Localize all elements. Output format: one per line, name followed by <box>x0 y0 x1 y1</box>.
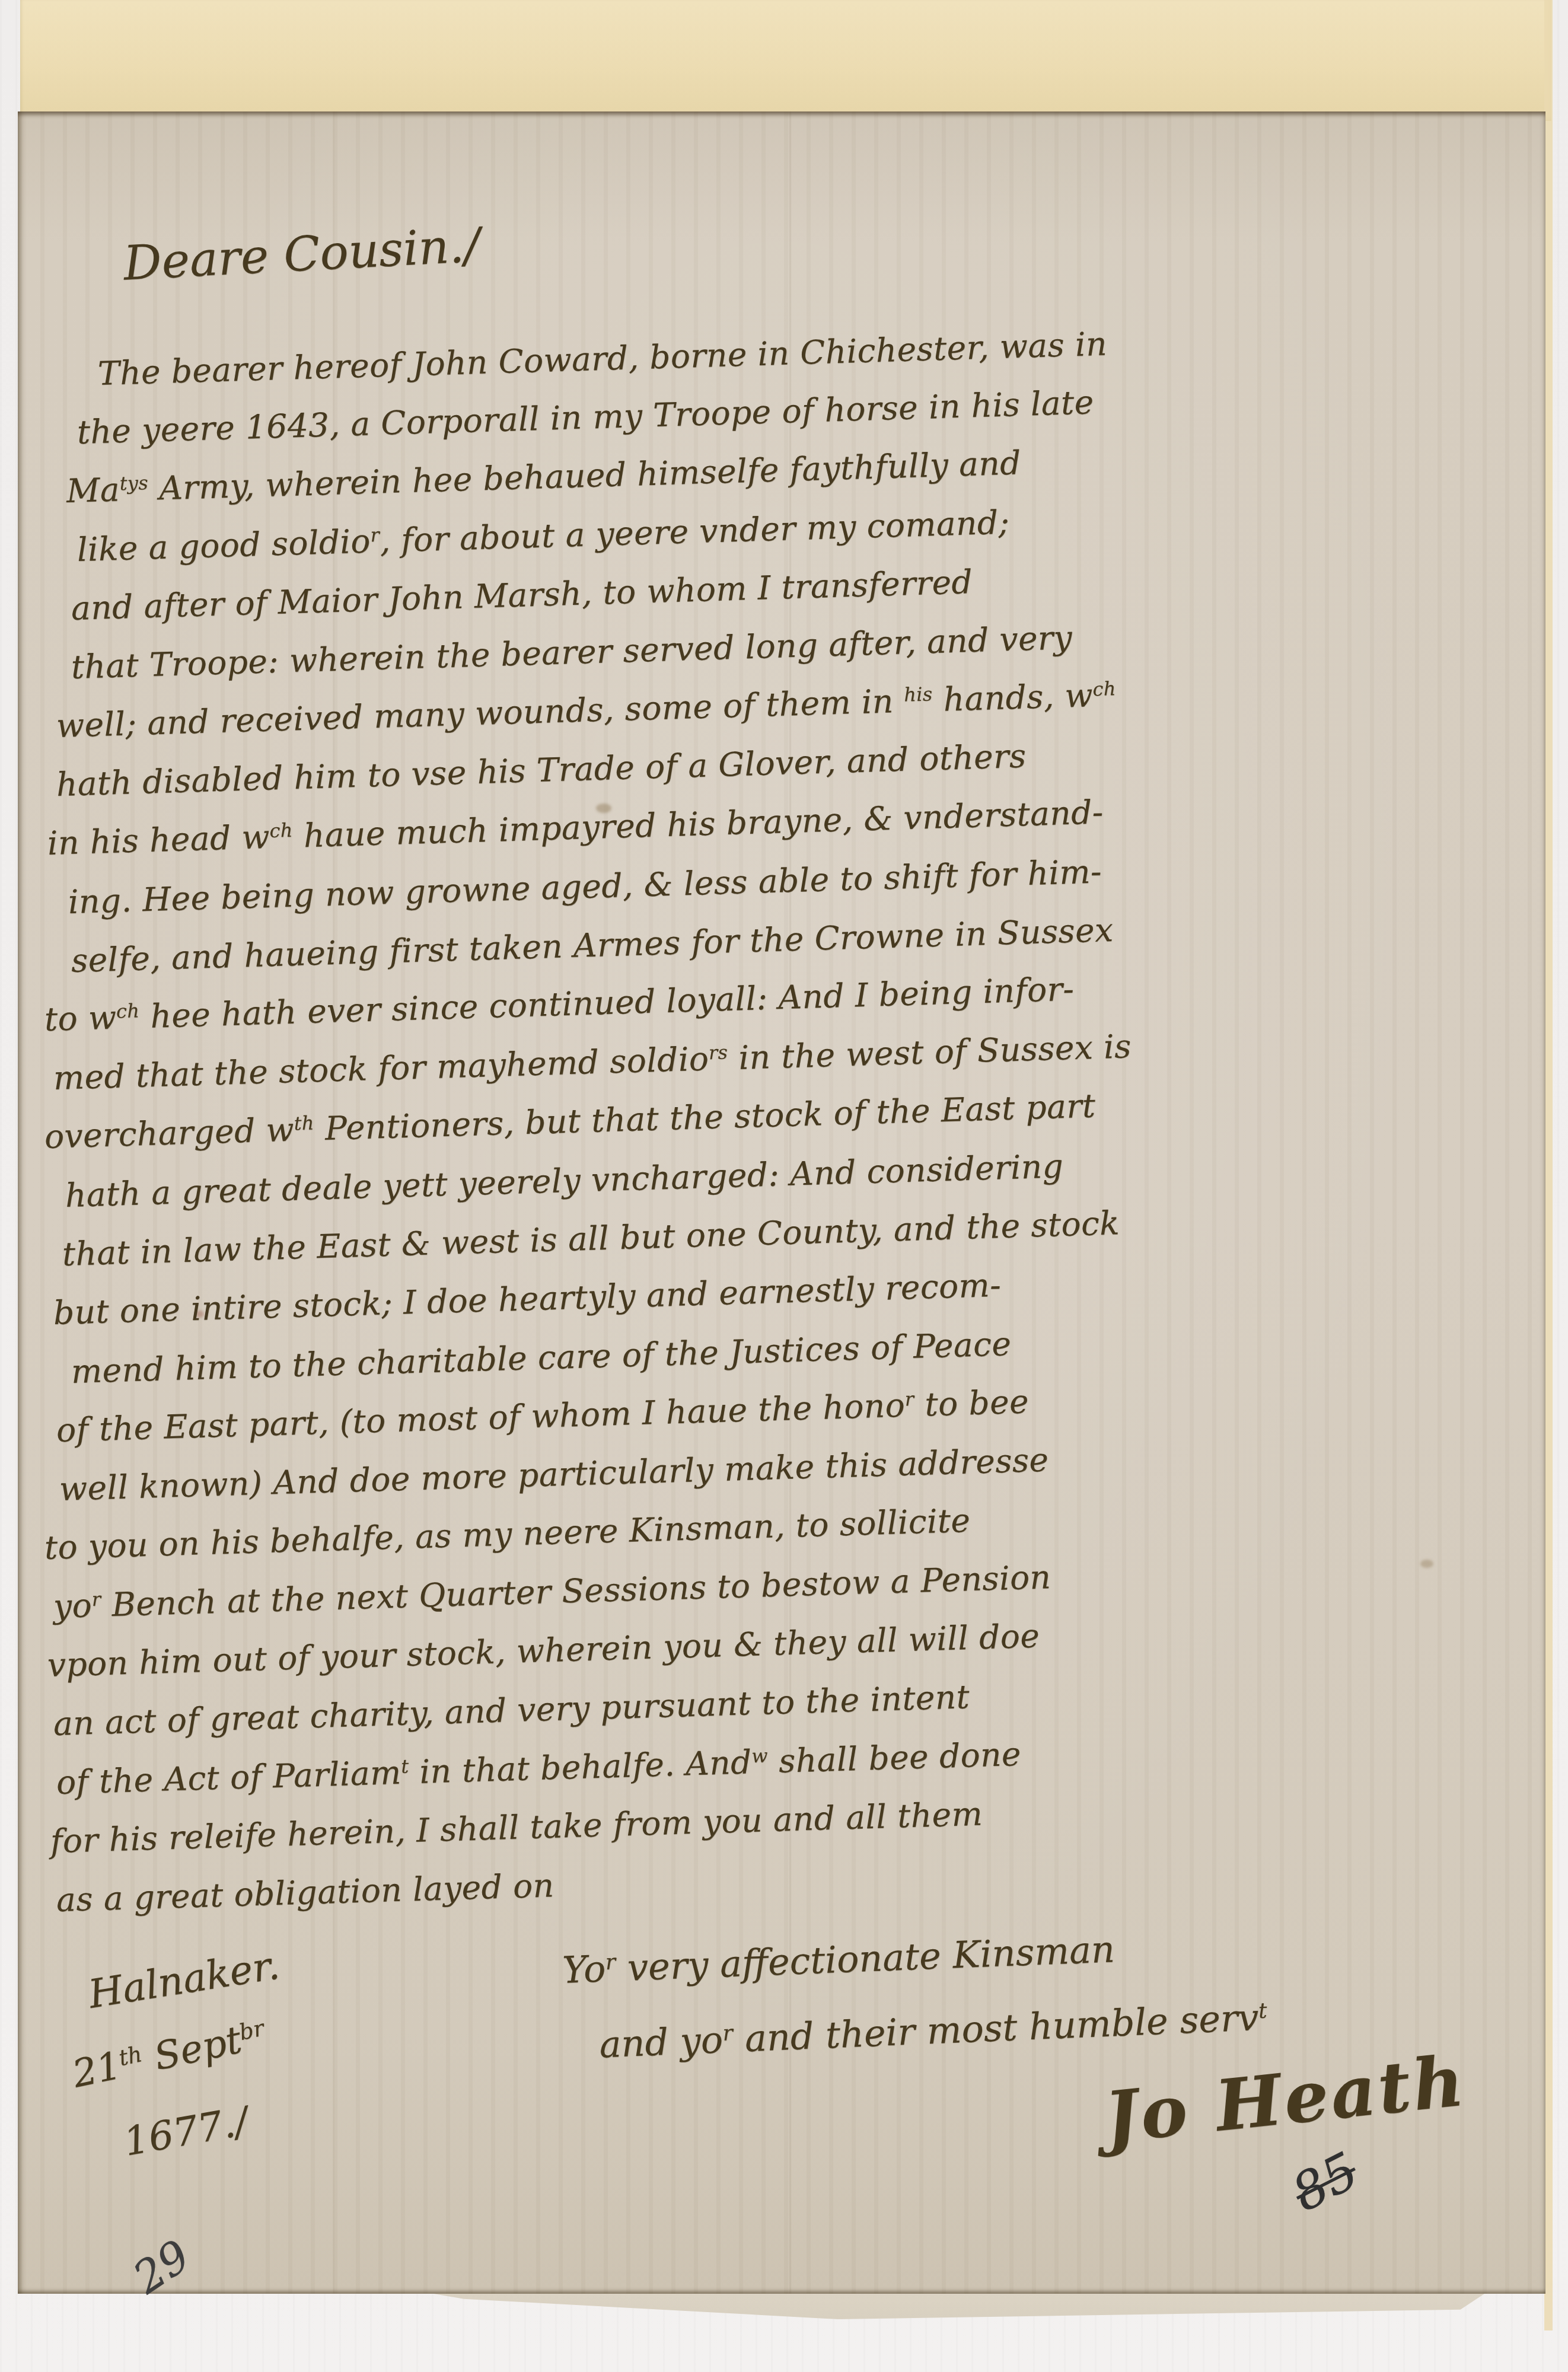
scan-background: { "palette": { "scan_background": "#f1ef… <box>0 0 1568 2372</box>
ink-spot <box>1420 1560 1433 1568</box>
folder-right-edge <box>1544 0 1553 2330</box>
folder-edge <box>20 0 1551 121</box>
